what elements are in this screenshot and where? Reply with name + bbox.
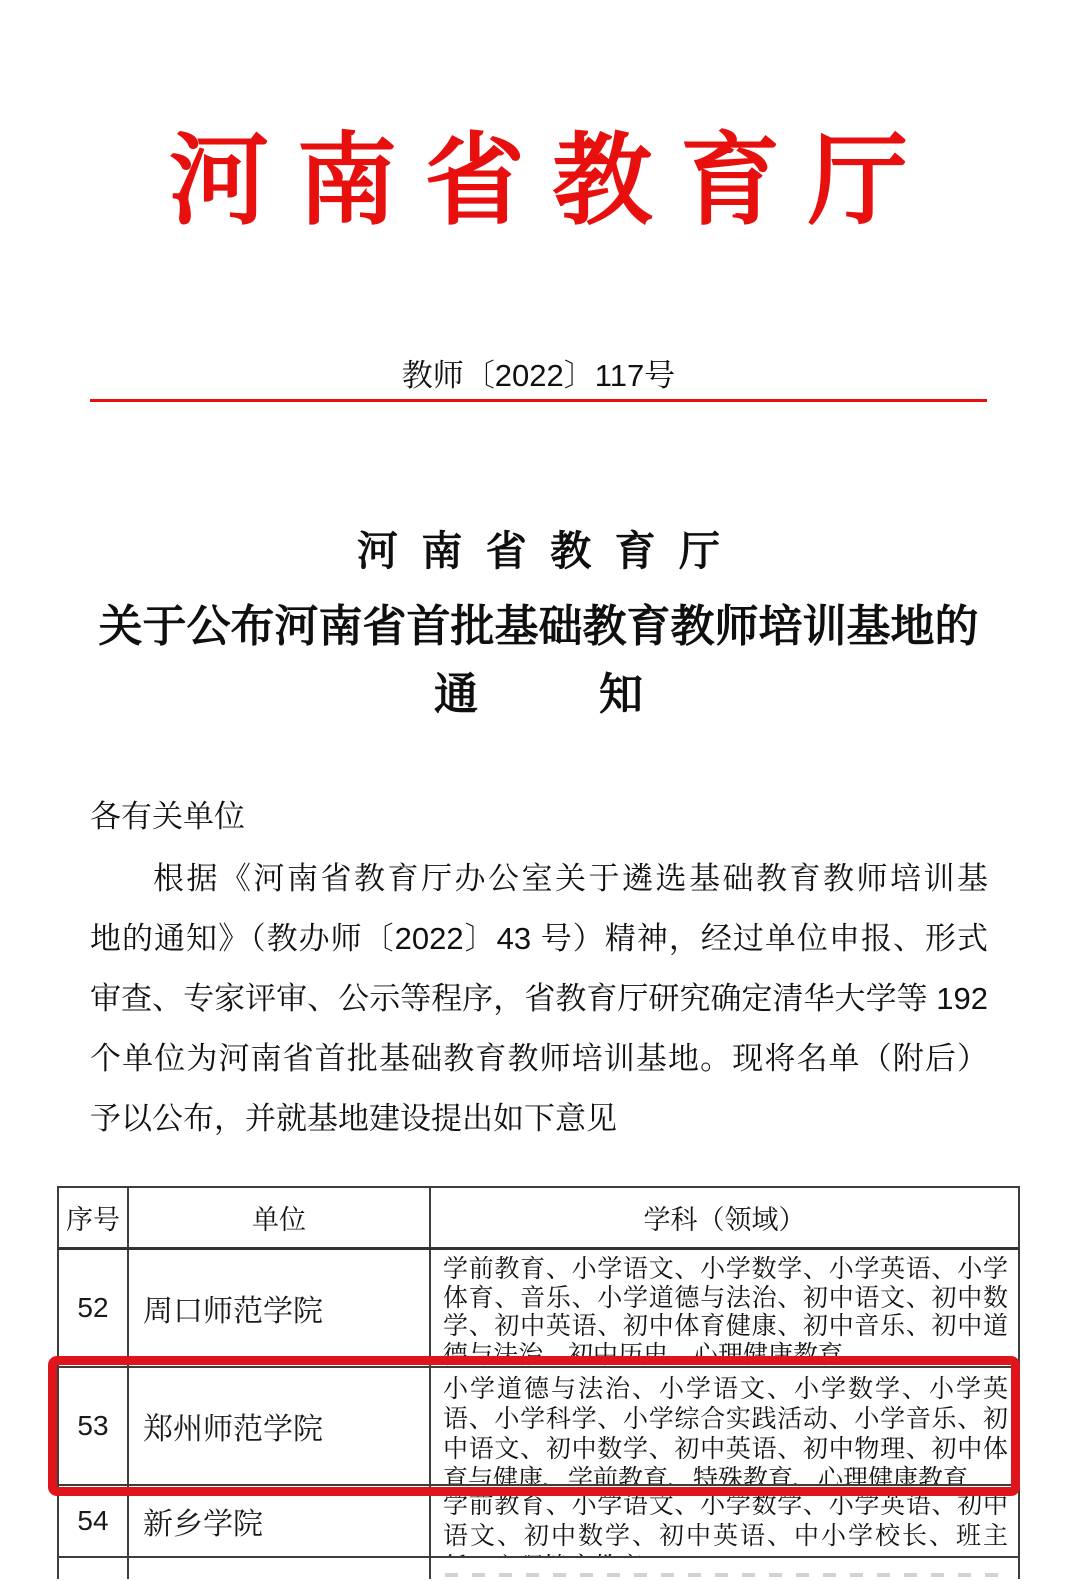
cell-row-number: 54 bbox=[59, 1486, 127, 1556]
training-base-table: 序号 单位 学科（领域） 52 周口师范学院 学前教育、小学语文、小学数学、小学… bbox=[57, 1186, 1020, 1579]
masthead-title: 河 南 省 教 育 厅 bbox=[0, 122, 1077, 240]
paragraph-line: 予以公布，并就基地建设提出如下意见 bbox=[90, 1089, 988, 1149]
header-cell-subjects: 学科（领域） bbox=[429, 1188, 1018, 1247]
masthead-divider-rule bbox=[90, 399, 987, 402]
notice-title-line1: 河 南 省 教 育 厅 bbox=[0, 518, 1077, 577]
body-paragraph: 根据《河南省教育厅办公室关于遴选基础教育教师培训基 地的通知》（教办师〔2022… bbox=[90, 849, 988, 1149]
cell-row-number: 52 bbox=[59, 1250, 127, 1366]
table-header-row: 序号 单位 学科（领域） bbox=[57, 1186, 1020, 1250]
cell-unit-name: 郑州师范学院 bbox=[127, 1368, 429, 1484]
paragraph-line: 地的通知》（教办师〔2022〕43 号）精神，经过单位申报、形式 bbox=[90, 909, 988, 969]
notice-title-line2: 关于公布河南省首批基础教育教师培训基地的 bbox=[0, 590, 1077, 654]
paragraph-line: 根据《河南省教育厅办公室关于遴选基础教育教师培训基 bbox=[90, 849, 988, 909]
table-row: 52 周口师范学院 学前教育、小学语文、小学数学、小学英语、小学体育、音乐、小学… bbox=[57, 1250, 1020, 1368]
salutation: 各有关单位 bbox=[90, 791, 245, 836]
document-page: 河 南 省 教 育 厅 教师〔2022〕117号 河 南 省 教 育 厅 关于公… bbox=[0, 0, 1077, 1581]
cell-row-number bbox=[59, 1558, 127, 1579]
cell-unit-name: 周口师范学院 bbox=[127, 1250, 429, 1366]
cell-subjects: 小学道德与法治、小学语文、小学数学、小学英语、小学科学、小学综合实践活动、小学音… bbox=[429, 1368, 1018, 1484]
header-cell-unit: 单位 bbox=[127, 1188, 429, 1247]
cell-unit-name bbox=[127, 1558, 429, 1579]
clipped-text-hint bbox=[445, 1573, 1004, 1577]
cell-subjects: 学前教育、小学语文、小学数学、小学英语、初中语文、初中数学、初中英语、中小学校长… bbox=[429, 1486, 1018, 1556]
table-row-highlighted: 53 郑州师范学院 小学道德与法治、小学语文、小学数学、小学英语、小学科学、小学… bbox=[57, 1368, 1020, 1486]
cell-subjects bbox=[429, 1558, 1018, 1579]
table-row-partial bbox=[57, 1558, 1020, 1579]
paragraph-line: 审查、专家评审、公示等程序，省教育厅研究确定清华大学等 192 bbox=[90, 969, 988, 1029]
cell-row-number: 53 bbox=[59, 1368, 127, 1484]
header-cell-no: 序号 bbox=[59, 1188, 127, 1247]
notice-title-line3: 通 知 bbox=[0, 658, 1077, 722]
doc-number: 教师〔2022〕117号 bbox=[0, 350, 1077, 395]
cell-subjects: 学前教育、小学语文、小学数学、小学英语、小学体育、音乐、小学道德与法治、初中语文… bbox=[429, 1250, 1018, 1366]
paragraph-line: 个单位为河南省首批基础教育教师培训基地。现将名单（附后） bbox=[90, 1029, 988, 1089]
table-row: 54 新乡学院 学前教育、小学语文、小学数学、小学英语、初中语文、初中数学、初中… bbox=[57, 1486, 1020, 1558]
cell-unit-name: 新乡学院 bbox=[127, 1486, 429, 1556]
